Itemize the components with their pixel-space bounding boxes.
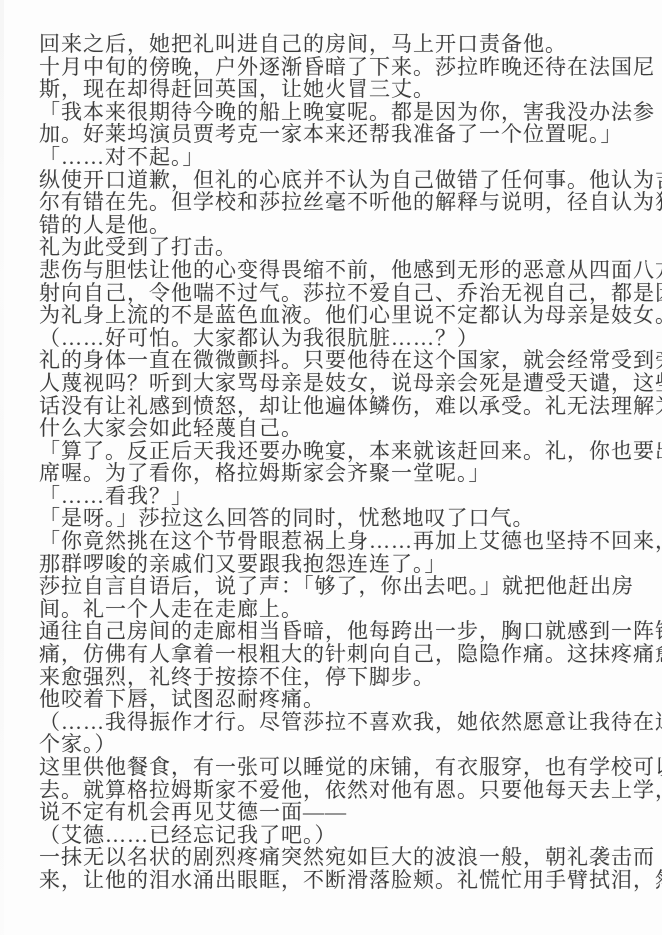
text-line: 错的人是他。 xyxy=(39,214,661,237)
text-line: 十月中旬的傍晚，户外逐渐昏暗了下来。莎拉昨晚还待在法国尼 xyxy=(39,56,661,79)
text-line: 回来之后，她把礼叫进自己的房间，马上开口责备他。 xyxy=(39,33,661,56)
text-line: 来，让他的泪水涌出眼眶，不断滑落脸颊。礼慌忙用手臂拭泪，然 xyxy=(39,869,661,892)
text-line: 那群啰唆的亲戚们又要跟我抱怨连连了。」 xyxy=(39,553,661,576)
text-line: （艾德……已经忘记我了吧。） xyxy=(39,824,661,847)
text-line: （……好可怕。大家都认为我很肮脏……？） xyxy=(39,327,661,350)
text-line: 加。好莱坞演员贾考克一家本来还帮我准备了一个位置呢。」 xyxy=(39,123,661,146)
text-line: 什么大家会如此轻蔑自己。 xyxy=(39,417,661,440)
text-line: 「……看我？」 xyxy=(39,485,661,508)
text-line: 「是呀。」莎拉这么回答的同时，忧愁地叹了口气。 xyxy=(39,507,661,530)
text-line: 去。就算格拉姆斯家不爱他，依然对他有恩。只要他每天去上学， xyxy=(39,779,661,802)
text-line: 礼为此受到了打击。 xyxy=(39,236,661,259)
novel-page: 回来之后，她把礼叫进自己的房间，马上开口责备他。十月中旬的傍晚，户外逐渐昏暗了下… xyxy=(39,33,661,892)
scan-edge-artifact xyxy=(0,0,4,935)
text-line: 「……对不起。」 xyxy=(39,146,661,169)
text-line: 射向自己，令他喘不过气。莎拉不爱自己、乔治无视自己，都是因 xyxy=(39,282,661,305)
text-line: 礼的身体一直在微微颤抖。只要他待在这个国家，就会经常受到旁 xyxy=(39,349,661,372)
text-line: 通往自己房间的走廊相当昏暗，他每跨出一步，胸口就感到一阵钝 xyxy=(39,620,661,643)
text-line: 话没有让礼感到愤怒，却让他遍体鳞伤，难以承受。礼无法理解为 xyxy=(39,395,661,418)
text-line: 「我本来很期待今晚的船上晚宴呢。都是因为你，害我没办法参 xyxy=(39,101,661,124)
text-line: 悲伤与胆怯让他的心变得畏缩不前，他感到无形的恶意从四面八方 xyxy=(39,259,661,282)
text-line: 一抹无以名状的剧烈疼痛突然宛如巨大的波浪一般，朝礼袭击而 xyxy=(39,846,661,869)
text-line: 斯，现在却得赶回英国，让她火冒三丈。 xyxy=(39,78,661,101)
text-line: 席喔。为了看你，格拉姆斯家会齐聚一堂呢。」 xyxy=(39,462,661,485)
text-line: 「算了。反正后天我还要办晚宴，本来就该赶回来。礼，你也要出 xyxy=(39,440,661,463)
text-line: 来愈强烈，礼终于按捺不住，停下脚步。 xyxy=(39,666,661,689)
text-line: 为礼身上流的不是蓝色血液。他们心里说不定都认为母亲是妓女。 xyxy=(39,304,661,327)
text-line: 他咬着下唇，试图忍耐疼痛。 xyxy=(39,688,661,711)
text-line: 个家。） xyxy=(39,733,661,756)
text-line: 纵使开口道歉，但礼的心底并不认为自己做错了任何事。他认为吉 xyxy=(39,169,661,192)
text-line: 说不定有机会再见艾德一面—— xyxy=(39,801,661,824)
text-line: 莎拉自言自语后，说了声：「够了，你出去吧。」就把他赶出房 xyxy=(39,575,661,598)
text-line: 人蔑视吗？听到大家骂母亲是妓女，说母亲会死是遭受天谴，这些 xyxy=(39,372,661,395)
text-line: 间。礼一个人走在走廊上。 xyxy=(39,598,661,621)
text-line: 痛，仿佛有人拿着一根粗大的针刺向自己，隐隐作痛。这抹疼痛愈 xyxy=(39,643,661,666)
text-line: 尔有错在先。但学校和莎拉丝毫不听他的解释与说明，径自认为犯 xyxy=(39,191,661,214)
text-line: 这里供他餐食，有一张可以睡觉的床铺，有衣服穿，也有学校可以 xyxy=(39,756,661,779)
text-line: （……我得振作才行。尽管莎拉不喜欢我，她依然愿意让我待在这 xyxy=(39,711,661,734)
text-line: 「你竟然挑在这个节骨眼惹祸上身……再加上艾德也坚持不回来， xyxy=(39,530,661,553)
